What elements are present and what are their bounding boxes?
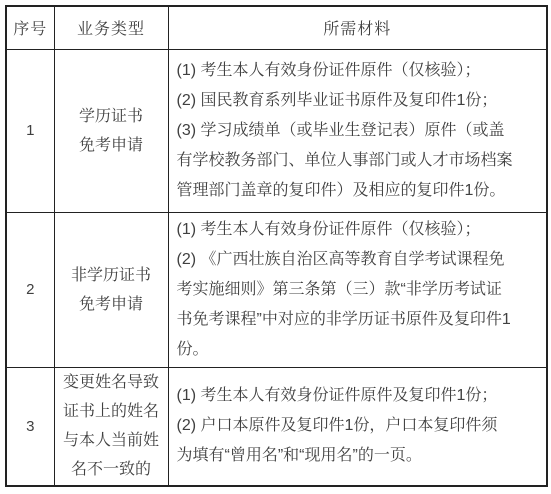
requirements-table: 序号 业务类型 所需材料 1 学历证书 免考申请 (1) 考生本人有效身份证件原… [5, 5, 548, 487]
column-header-required-materials: 所需材料 [168, 6, 547, 49]
business-type-cell: 学历证书 免考申请 [54, 49, 168, 212]
table-row: 1 学历证书 免考申请 (1) 考生本人有效身份证件原件（仅核验）； (2) 国… [6, 49, 547, 212]
required-materials-cell: (1) 考生本人有效身份证件原件及复印件1份； (2) 户口本原件及复印件1份，… [168, 367, 547, 486]
document-page: 序号 业务类型 所需材料 1 学历证书 免考申请 (1) 考生本人有效身份证件原… [0, 0, 551, 494]
seq-no-cell: 3 [6, 367, 54, 486]
column-header-business-type: 业务类型 [54, 6, 168, 49]
business-type-cell: 非学历证书 免考申请 [54, 212, 168, 367]
business-type-cell: 变更姓名导致 证书上的姓名 与本人当前姓 名不一致的 [54, 367, 168, 486]
table-row: 3 变更姓名导致 证书上的姓名 与本人当前姓 名不一致的 (1) 考生本人有效身… [6, 367, 547, 486]
seq-no-cell: 1 [6, 49, 54, 212]
required-materials-cell: (1) 考生本人有效身份证件原件（仅核验）； (2) 国民教育系列毕业证书原件及… [168, 49, 547, 212]
required-materials-cell: (1) 考生本人有效身份证件原件（仅核验）； (2) 《广西壮族自治区高等教育自… [168, 212, 547, 367]
table-header-row: 序号 业务类型 所需材料 [6, 6, 547, 49]
column-header-seq-no: 序号 [6, 6, 54, 49]
seq-no-cell: 2 [6, 212, 54, 367]
table-row: 2 非学历证书 免考申请 (1) 考生本人有效身份证件原件（仅核验）； (2) … [6, 212, 547, 367]
